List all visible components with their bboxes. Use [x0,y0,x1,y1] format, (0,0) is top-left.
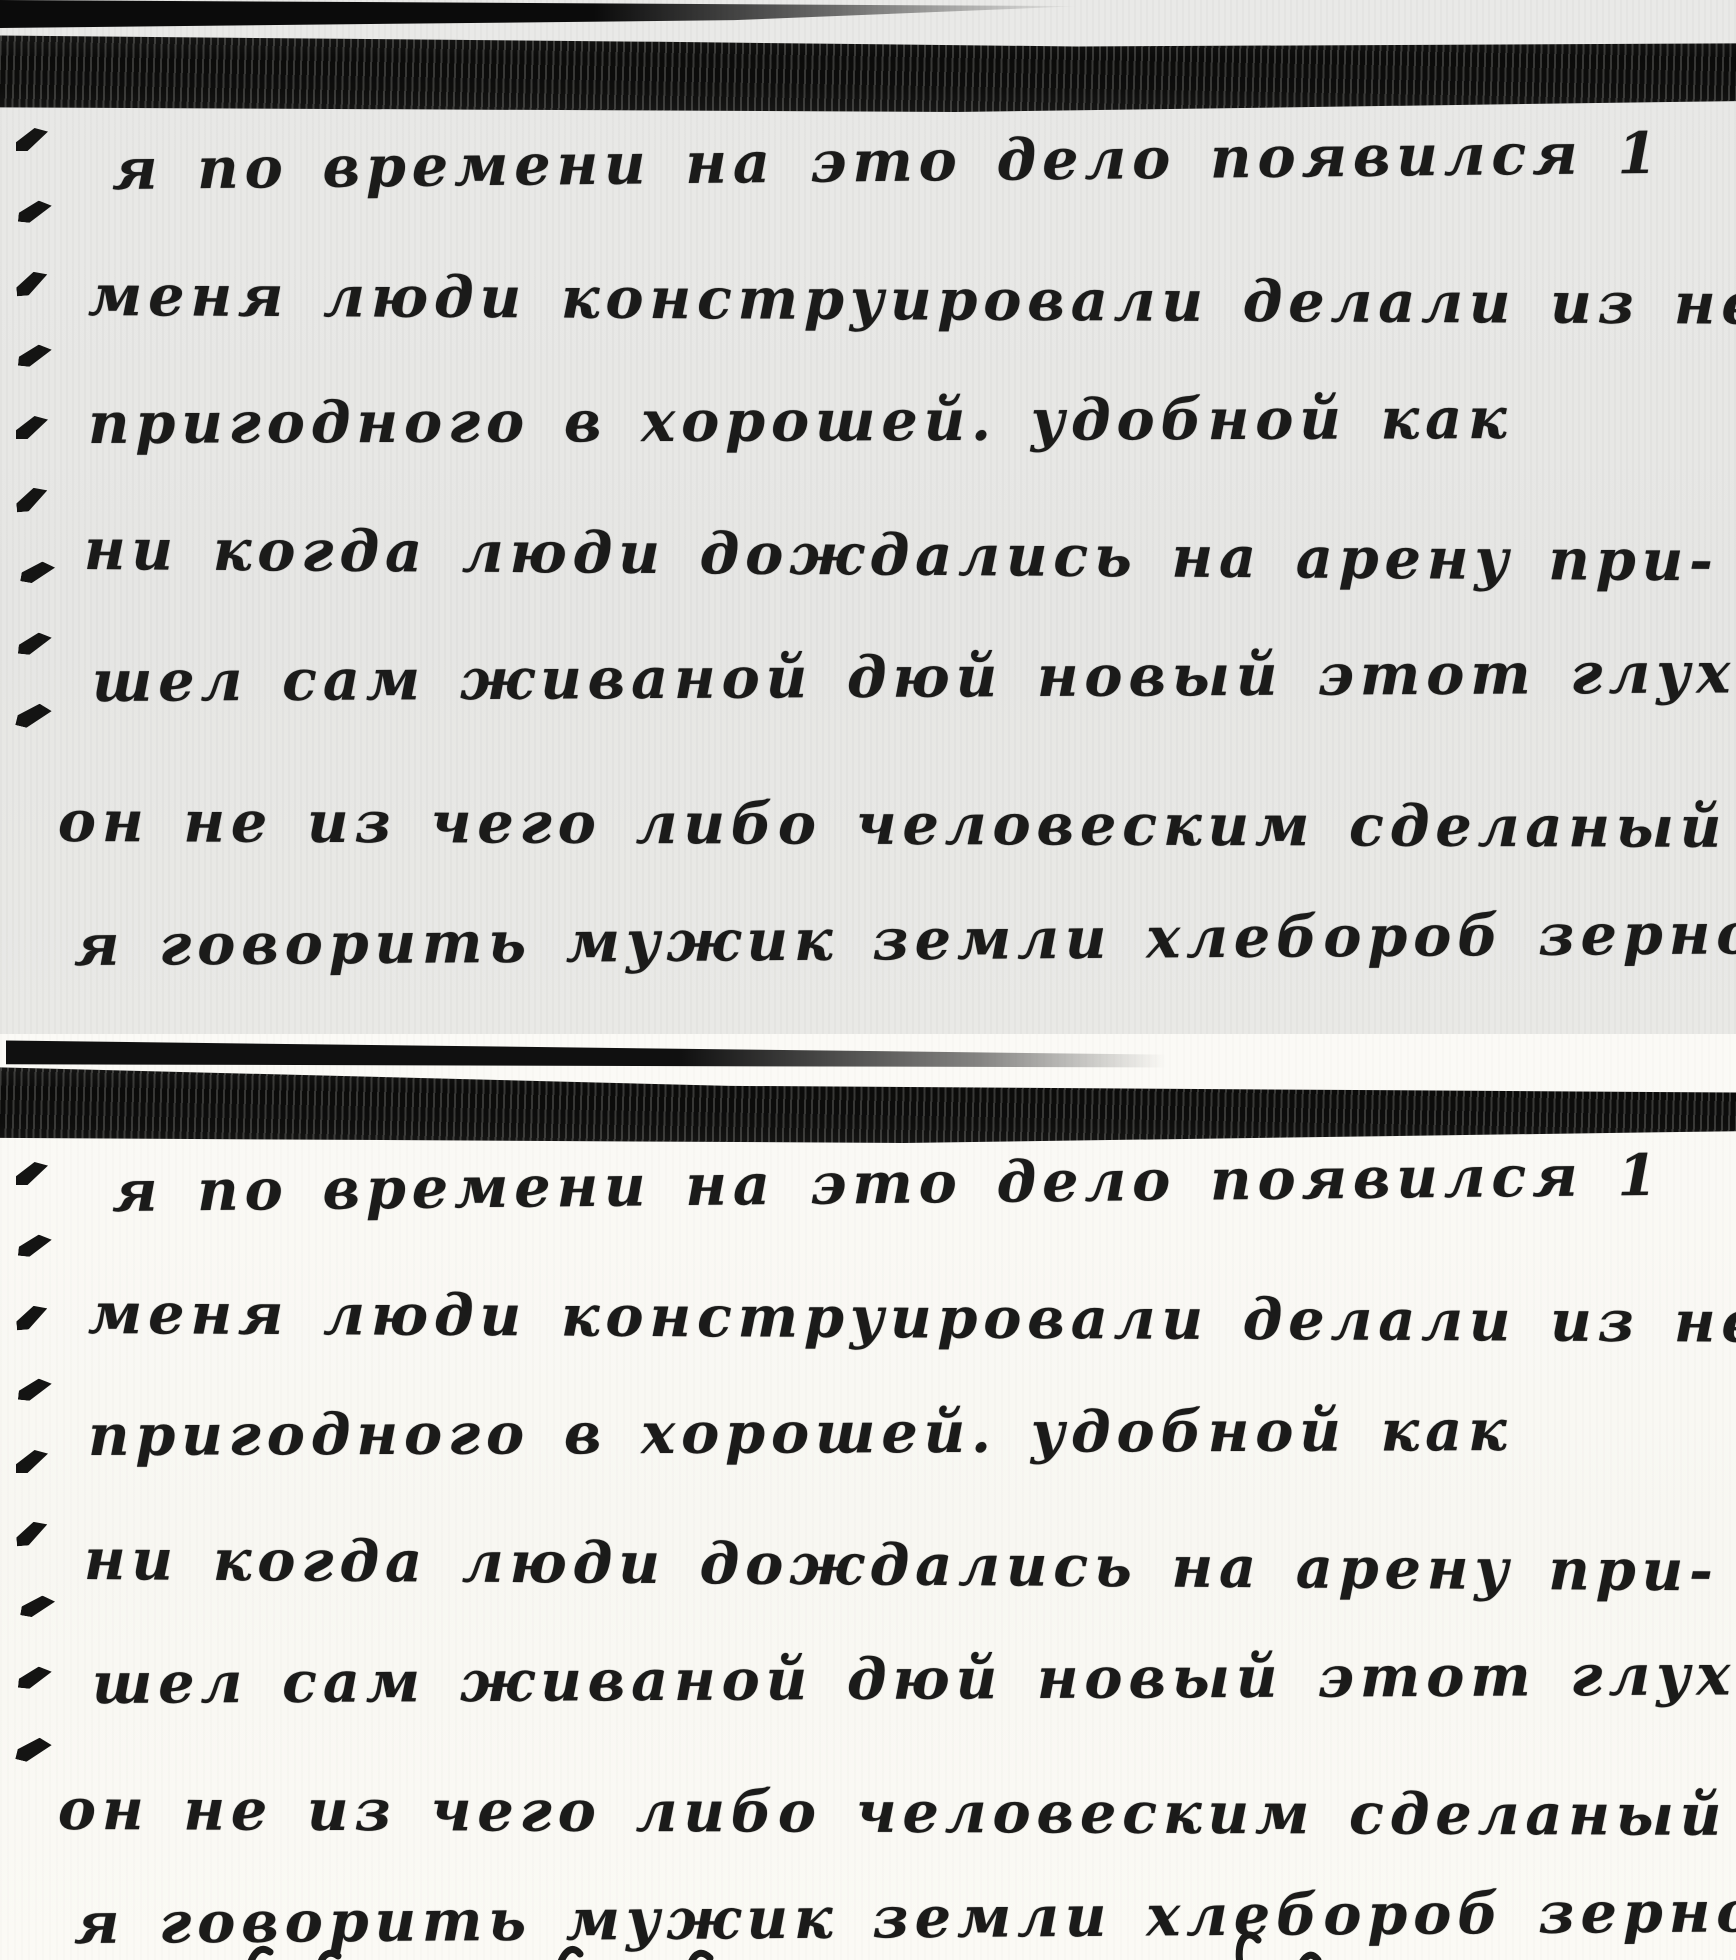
spiral-binding-mark [20,1592,56,1620]
spiral-binding-mark [15,1521,49,1547]
notebook-edge-shadow [0,34,1736,112]
spiral-binding-mark [15,487,49,513]
handwritten-line: меня люди конструировали делали из не [88,1280,1736,1356]
handwritten-line: ни когда люди дождались на арену при- [84,516,1719,594]
spiral-binding-mark [16,128,48,151]
partial-line-strokes [0,1920,1736,1960]
spiral-binding-mark [16,1450,48,1473]
handwritten-line: я по времени на это дело появился 1 [112,120,1664,203]
handwritten-line: он не из чего либо человеским сделаный [58,1776,1728,1849]
spiral-binding-mark [15,1305,49,1331]
spiral-binding-mark [15,699,52,732]
notebook-edge-shadow [0,1064,1736,1148]
spiral-binding-mark [15,271,49,297]
spiral-binding-mark [18,199,52,225]
spiral-binding-mark [15,1733,52,1766]
manuscript-photo-top: я по времени на это дело появился 1 меня… [0,0,1736,1034]
handwritten-line: я по времени на это дело появился 1 [112,1142,1664,1225]
handwritten-line: меня люди конструировали делали из не [88,262,1736,338]
handwritten-line: шел сам живаной дюй новый этот глух. [92,1641,1736,1717]
spiral-binding-mark [16,416,48,439]
handwritten-line: пригодного в хорошей. удобной как [88,385,1513,457]
notebook-edge-strip [6,1038,1166,1070]
handwritten-line: я говорить мужик земли хлебороб зерно [74,900,1736,979]
handwritten-line: шел сам живаной дюй новый этот глух. [92,639,1736,715]
notebook-edge-strip [0,0,1080,28]
spiral-binding-mark [16,1162,48,1185]
handwritten-line: пригодного в хорошей. удобной как [88,1397,1513,1469]
spiral-binding-mark [20,558,56,586]
manuscript-photo-bottom: я по времени на это дело появился 1 меня… [0,1034,1736,1960]
spiral-binding-mark [18,1377,52,1403]
spiral-binding-mark [18,1233,52,1259]
spiral-binding [12,128,72,776]
spiral-binding [12,1162,72,1810]
spiral-binding-mark [18,1665,52,1691]
handwritten-line: ни когда люди дождались на арену при- [84,1526,1719,1604]
handwritten-line: он не из чего либо человеским сделаный [58,788,1728,861]
spiral-binding-mark [18,631,52,657]
spiral-binding-mark [18,343,52,369]
